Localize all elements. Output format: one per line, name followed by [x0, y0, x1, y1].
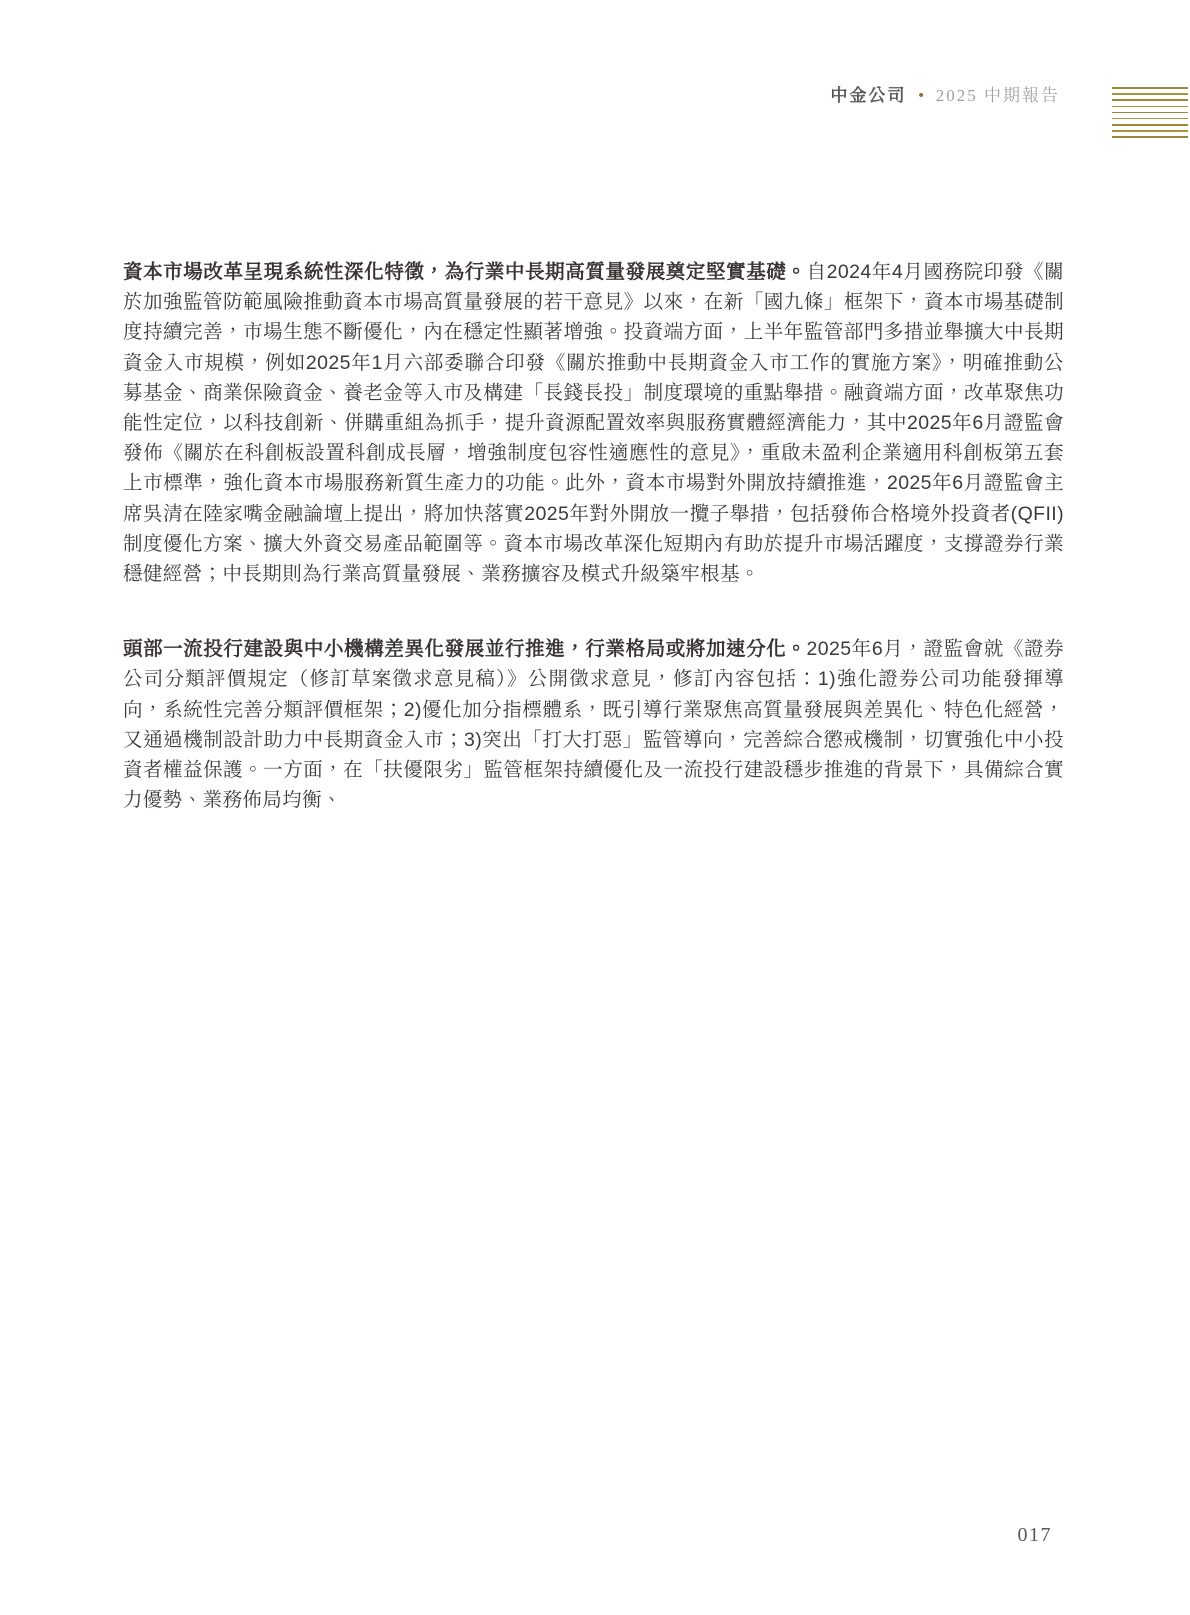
page-number: 017 [1018, 1524, 1053, 1547]
paragraph-capital-market-reform: 資本市場改革呈現系統性深化特徵，為行業中長期高質量發展奠定堅實基礎。自2024年… [123, 257, 1064, 589]
paragraph-lead-sentence: 資本市場改革呈現系統性深化特徵，為行業中長期高質量發展奠定堅實基礎。 [123, 261, 807, 283]
paragraph-lead-sentence: 頭部一流投行建設與中小機構差異化發展並行推進，行業格局或將加速分化。 [123, 638, 807, 660]
body-text: 資本市場改革呈現系統性深化特徵，為行業中長期高質量發展奠定堅實基礎。自2024年… [123, 257, 1064, 815]
gold-stripes-logo-icon [1112, 87, 1188, 138]
paragraph-body-text: 自2024年4月國務院印發《關於加強監管防範風險推動資本市場高質量發展的若干意見… [123, 261, 1064, 585]
page-header: 中金公司 • 2025 中期報告 [830, 84, 1060, 108]
paragraph-industry-differentiation: 頭部一流投行建設與中小機構差異化發展並行推進，行業格局或將加速分化。2025年6… [123, 634, 1064, 815]
company-name: 中金公司 [830, 84, 906, 108]
report-page: 中金公司 • 2025 中期報告 資本市場改革呈現系統性深化特徵，為行業中長期高… [0, 0, 1190, 1615]
paragraph-body-text: 2025年6月，證監會就《證券公司分類評價規定（修訂草案徵求意見稿）》公開徵求意… [123, 638, 1064, 811]
separator-dot-icon: • [918, 84, 923, 108]
report-title: 2025 中期報告 [936, 84, 1060, 108]
